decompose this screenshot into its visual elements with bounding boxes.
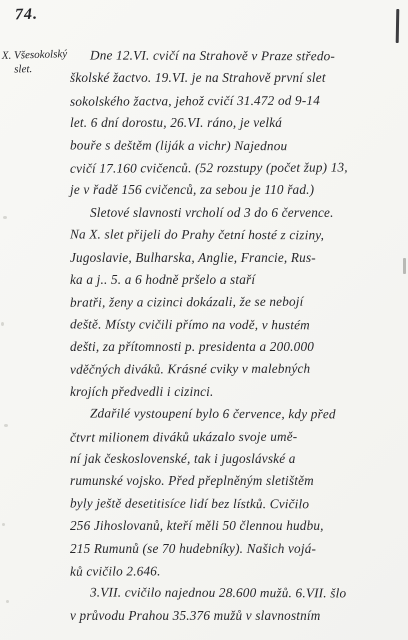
text-line: školské žactvo. 19.VI. je na Strahově pr… [70, 67, 404, 89]
text-line: byly ještě desetitisíce lidí bez lístků.… [70, 492, 404, 516]
scan-edge-artifact [396, 9, 400, 43]
paper-speck [4, 424, 8, 427]
margin-note-line-2: slet. [2, 61, 68, 77]
text-line: deště. Místy cvičili přímo na vodě, v hu… [70, 313, 404, 337]
text-line: čtvrt milionem diváků ukázalo svoje umě- [70, 425, 404, 449]
text-line: let. 6 dní dorostu, 26.VI. ráno, je velk… [70, 112, 404, 134]
text-line: Na X. slet přijeli do Prahy četní hosté … [70, 224, 404, 248]
paper-speck [1, 322, 4, 326]
text-line: bouře s deštěm (liják a vichr) Najednou [70, 134, 404, 158]
manuscript-page: 74. X. Všesokolský slet. Dne 12.VI. cvič… [0, 0, 408, 640]
margin-note: X. Všesokolský slet. [2, 47, 69, 77]
text-line: 215 Rumunů (se 70 hudebníky). Našich voj… [70, 538, 404, 560]
text-line: sokolského žactva, jehož cvičí 31.472 od… [70, 89, 404, 113]
text-line: Dne 12.VI. cvičí na Strahově v Praze stř… [70, 44, 404, 68]
text-line: Sletové slavnosti vrcholí od 3 do 6 červ… [70, 202, 404, 224]
text-line: 3.VII. cvičilo najednou 28.600 mužů. 6.V… [70, 582, 404, 606]
paper-speck [6, 600, 9, 603]
text-line: rumunské vojsko. Před přeplněným sletišt… [70, 470, 404, 492]
margin-note-line-1: X. Všesokolský [2, 47, 68, 63]
handwritten-text-block: Dne 12.VI. cvičí na Strahově v Praze stř… [70, 45, 404, 627]
text-line: dešti, za přítomnosti p. presidenta a 20… [70, 336, 404, 358]
text-line: v průvodu Prahou 35.376 mužů v slavnostn… [70, 605, 404, 627]
text-line: bratři, ženy a cizinci dokázali, že se n… [70, 291, 404, 315]
text-line: cvičí 17.160 cvičenců. (52 rozstupy (poč… [70, 156, 404, 180]
paper-speck [3, 216, 7, 219]
text-line: je v řadě 156 cvičenců, za sebou je 110 … [70, 179, 404, 201]
text-line: ní jak československé, tak i jugoslávské… [70, 448, 404, 470]
text-line: 256 Jihoslovanů, kteří měli 50 člennou h… [70, 515, 404, 537]
text-line: Zdařilé vystoupení bylo 6 července, kdy … [70, 403, 404, 427]
text-line: vděčných diváků. Krásné cviky v malebnýc… [70, 358, 404, 382]
page-number: 74. [15, 6, 39, 25]
text-line: Jugoslavie, Bulharska, Anglie, Francie, … [70, 247, 404, 269]
scan-edge-artifact-faint [403, 258, 406, 274]
text-line: krojích předvedli i cizinci. [70, 381, 404, 403]
text-line: ků cvičilo 2.646. [70, 559, 404, 583]
text-line: ka a j.. 5. a 6 hodně pršelo a staří [70, 269, 404, 291]
paper-speck [2, 523, 5, 526]
